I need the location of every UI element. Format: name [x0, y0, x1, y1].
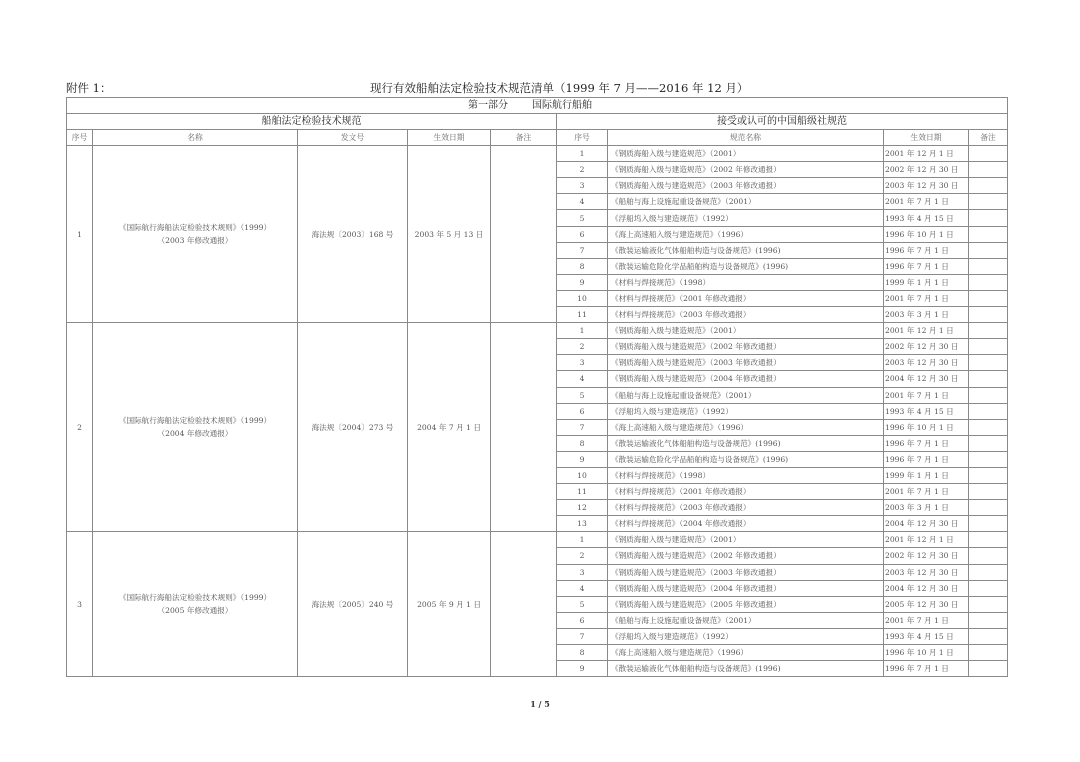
rule-name: 《材料与焊接规范》（2001 年修改通报）: [608, 484, 884, 500]
part-number: 第一部分: [468, 100, 508, 111]
regulation-name: 《国际航行海船法定检验技术规则》（1999）（2005 年修改通报）: [93, 532, 298, 677]
rule-no: 10: [557, 467, 608, 483]
page-header: 附件 1： 现行有效船舶法定检验技术规范清单（1999 年 7 月——2016 …: [66, 80, 1007, 97]
rule-name: 《钢质海船入级与建造规范》（2002 年修改通报）: [608, 548, 884, 564]
rule-remark: [969, 290, 1008, 306]
rule-name: 《钢质海船入级与建造规范》（2003 年修改通报）: [608, 564, 884, 580]
rule-effective-date: 1996 年 7 月 1 日: [884, 258, 969, 274]
col-header-rule-name: 规范名称: [608, 130, 884, 146]
document-title: 现行有效船舶法定检验技术规范清单（1999 年 7 月——2016 年 12 月…: [370, 80, 748, 96]
rule-name: 《散装运输危险化学品船舶构造与设备规范》(1996): [608, 258, 884, 274]
regulation-effective-date: 2004 年 7 月 1 日: [408, 323, 491, 532]
regulation-doc-no: 海法规〔2004〕273 号: [298, 323, 408, 532]
rule-no: 8: [557, 645, 608, 661]
rule-no: 12: [557, 500, 608, 516]
part-name: 国际航行船舶: [532, 100, 592, 111]
page-indicator: 1 / 5: [0, 699, 1080, 709]
rule-no: 7: [557, 242, 608, 258]
rule-effective-date: 1996 年 7 月 1 日: [884, 661, 969, 677]
rule-effective-date: 2001 年 12 月 1 日: [884, 532, 969, 548]
regulation-title: 《国际航行海船法定检验技术规则》（1999）: [93, 221, 297, 234]
rule-effective-date: 2001 年 7 月 1 日: [884, 484, 969, 500]
regulation-amendment: （2003 年修改通报）: [93, 234, 297, 247]
regulation-effective-date: 2003 年 5 月 13 日: [408, 146, 491, 323]
regulation-name: 《国际航行海船法定检验技术规则》（1999）（2003 年修改通报）: [93, 146, 298, 323]
rule-name: 《材料与焊接规范》（2004 年修改通报）: [608, 516, 884, 532]
rule-no: 5: [557, 210, 608, 226]
col-header-no: 序号: [67, 130, 93, 146]
rule-name: 《船舶与海上设施起重设备规范》（2001）: [608, 194, 884, 210]
rule-no: 5: [557, 387, 608, 403]
rule-remark: [969, 580, 1008, 596]
rule-effective-date: 2003 年 12 月 30 日: [884, 355, 969, 371]
regulations-table: 第一部分国际航行船舶 船舶法定检验技术规范 接受或认可的中国船级社规范 序号 名…: [66, 97, 1008, 677]
rule-name: 《钢质海船入级与建造规范》（2004 年修改通报）: [608, 580, 884, 596]
col-header-remark: 备注: [491, 130, 557, 146]
regulation-remark: [491, 146, 557, 323]
rule-remark: [969, 467, 1008, 483]
rule-name: 《钢质海船入级与建造规范》（2001）: [608, 532, 884, 548]
regulation-name: 《国际航行海船法定检验技术规则》（1999）（2004 年修改通报）: [93, 323, 298, 532]
rule-no: 9: [557, 661, 608, 677]
rule-no: 9: [557, 451, 608, 467]
rule-remark: [969, 323, 1008, 339]
rule-effective-date: 2002 年 12 月 30 日: [884, 162, 969, 178]
regulation-doc-no: 海法规〔2005〕240 号: [298, 532, 408, 677]
rule-remark: [969, 242, 1008, 258]
rule-effective-date: 2005 年 12 月 30 日: [884, 596, 969, 612]
rule-remark: [969, 435, 1008, 451]
rule-effective-date: 2001 年 7 月 1 日: [884, 194, 969, 210]
rule-effective-date: 1993 年 4 月 15 日: [884, 628, 969, 644]
group-header-left: 船舶法定检验技术规范: [67, 114, 557, 130]
rule-effective-date: 2001 年 12 月 1 日: [884, 146, 969, 162]
rule-no: 7: [557, 419, 608, 435]
rule-no: 8: [557, 435, 608, 451]
rule-no: 4: [557, 371, 608, 387]
rule-effective-date: 2001 年 12 月 1 日: [884, 323, 969, 339]
rule-remark: [969, 419, 1008, 435]
rule-no: 4: [557, 580, 608, 596]
rule-name: 《浮船坞入级与建造规范》（1992）: [608, 210, 884, 226]
rule-name: 《钢质海船入级与建造规范》（2003 年修改通报）: [608, 178, 884, 194]
col-header-name: 名称: [93, 130, 298, 146]
rule-effective-date: 1993 年 4 月 15 日: [884, 403, 969, 419]
rule-remark: [969, 210, 1008, 226]
rule-effective-date: 1996 年 10 月 1 日: [884, 419, 969, 435]
rule-name: 《材料与焊接规范》（2003 年修改通报）: [608, 307, 884, 323]
rule-remark: [969, 628, 1008, 644]
rule-effective-date: 1993 年 4 月 15 日: [884, 210, 969, 226]
rule-no: 5: [557, 596, 608, 612]
regulation-amendment: （2005 年修改通报）: [93, 604, 297, 617]
rule-name: 《浮船坞入级与建造规范》（1992）: [608, 403, 884, 419]
rule-remark: [969, 451, 1008, 467]
regulation-no: 1: [67, 146, 93, 323]
rule-remark: [969, 661, 1008, 677]
rule-remark: [969, 596, 1008, 612]
rule-no: 7: [557, 628, 608, 644]
col-header-effective: 生效日期: [408, 130, 491, 146]
part-title: 第一部分国际航行船舶: [67, 98, 1008, 114]
column-header-row: 序号 名称 发文号 生效日期 备注 序号 规范名称 生效日期 备注: [67, 130, 1008, 146]
rule-name: 《散装运输液化气体船舶构造与设备规范》(1996): [608, 661, 884, 677]
rule-effective-date: 1996 年 10 月 1 日: [884, 226, 969, 242]
rule-remark: [969, 500, 1008, 516]
regulation-no: 3: [67, 532, 93, 677]
rule-name: 《材料与焊接规范》（2003 年修改通报）: [608, 500, 884, 516]
rule-remark: [969, 162, 1008, 178]
rule-no: 6: [557, 226, 608, 242]
rule-name: 《材料与焊接规范》（1998）: [608, 467, 884, 483]
rule-effective-date: 2002 年 12 月 30 日: [884, 339, 969, 355]
group-header-right: 接受或认可的中国船级社规范: [557, 114, 1008, 130]
rule-remark: [969, 339, 1008, 355]
regulation-amendment: （2004 年修改通报）: [93, 427, 297, 440]
rule-no: 3: [557, 564, 608, 580]
attachment-label: 附件 1：: [66, 80, 111, 96]
group-header-row: 船舶法定检验技术规范 接受或认可的中国船级社规范: [67, 114, 1008, 130]
rule-remark: [969, 532, 1008, 548]
regulation-no: 2: [67, 323, 93, 532]
rule-name: 《散装运输液化气体船舶构造与设备规范》(1996): [608, 242, 884, 258]
rule-no: 11: [557, 307, 608, 323]
rule-remark: [969, 307, 1008, 323]
rule-effective-date: 2003 年 12 月 30 日: [884, 564, 969, 580]
table-row: 2《国际航行海船法定检验技术规则》（1999）（2004 年修改通报）海法规〔2…: [67, 323, 1008, 339]
rule-name: 《海上高速船入级与建造规范》（1996）: [608, 645, 884, 661]
rule-effective-date: 2003 年 3 月 1 日: [884, 500, 969, 516]
rule-name: 《散装运输危险化学品船舶构造与设备规范》(1996): [608, 451, 884, 467]
rule-remark: [969, 516, 1008, 532]
rule-effective-date: 2004 年 12 月 30 日: [884, 580, 969, 596]
rule-effective-date: 1999 年 1 月 1 日: [884, 467, 969, 483]
rule-remark: [969, 548, 1008, 564]
rule-effective-date: 1996 年 10 月 1 日: [884, 645, 969, 661]
rule-remark: [969, 258, 1008, 274]
rule-name: 《船舶与海上设施起重设备规范》（2001）: [608, 612, 884, 628]
rule-no: 8: [557, 258, 608, 274]
rule-name: 《材料与焊接规范》（2001 年修改通报）: [608, 290, 884, 306]
regulation-remark: [491, 323, 557, 532]
rule-name: 《钢质海船入级与建造规范》（2002 年修改通报）: [608, 162, 884, 178]
rule-effective-date: 1996 年 7 月 1 日: [884, 451, 969, 467]
rule-remark: [969, 355, 1008, 371]
rule-effective-date: 2001 年 7 月 1 日: [884, 612, 969, 628]
rule-remark: [969, 645, 1008, 661]
rule-no: 2: [557, 162, 608, 178]
rule-no: 13: [557, 516, 608, 532]
regulation-doc-no: 海法规〔2003〕168 号: [298, 146, 408, 323]
rule-name: 《钢质海船入级与建造规范》（2001）: [608, 323, 884, 339]
col-header-rule-effective: 生效日期: [884, 130, 969, 146]
rule-remark: [969, 146, 1008, 162]
rule-remark: [969, 484, 1008, 500]
rule-name: 《钢质海船入级与建造规范》（2001）: [608, 146, 884, 162]
rule-remark: [969, 371, 1008, 387]
rule-remark: [969, 564, 1008, 580]
rule-no: 6: [557, 612, 608, 628]
rule-name: 《浮船坞入级与建造规范》（1992）: [608, 628, 884, 644]
rule-name: 《海上高速船入级与建造规范》（1996）: [608, 226, 884, 242]
rule-name: 《钢质海船入级与建造规范》（2003 年修改通报）: [608, 355, 884, 371]
rule-remark: [969, 194, 1008, 210]
rule-name: 《船舶与海上设施起重设备规范》（2001）: [608, 387, 884, 403]
rule-effective-date: 2001 年 7 月 1 日: [884, 290, 969, 306]
rule-remark: [969, 274, 1008, 290]
regulation-remark: [491, 532, 557, 677]
rule-effective-date: 1996 年 7 月 1 日: [884, 242, 969, 258]
rule-name: 《钢质海船入级与建造规范》（2002 年修改通报）: [608, 339, 884, 355]
part-title-row: 第一部分国际航行船舶: [67, 98, 1008, 114]
col-header-doc-no: 发文号: [298, 130, 408, 146]
rule-effective-date: 2001 年 7 月 1 日: [884, 387, 969, 403]
rule-no: 2: [557, 339, 608, 355]
rule-no: 4: [557, 194, 608, 210]
rule-name: 《海上高速船入级与建造规范》（1996）: [608, 419, 884, 435]
rule-no: 1: [557, 532, 608, 548]
rule-no: 3: [557, 355, 608, 371]
rule-no: 9: [557, 274, 608, 290]
col-header-rule-no: 序号: [557, 130, 608, 146]
rule-remark: [969, 387, 1008, 403]
rule-no: 2: [557, 548, 608, 564]
rule-no: 6: [557, 403, 608, 419]
rule-effective-date: 2004 年 12 月 30 日: [884, 516, 969, 532]
rule-remark: [969, 178, 1008, 194]
regulation-title: 《国际航行海船法定检验技术规则》（1999）: [93, 414, 297, 427]
rule-no: 10: [557, 290, 608, 306]
rule-remark: [969, 612, 1008, 628]
rule-name: 《散装运输液化气体船舶构造与设备规范》(1996): [608, 435, 884, 451]
rule-name: 《材料与焊接规范》（1998）: [608, 274, 884, 290]
rule-no: 3: [557, 178, 608, 194]
rule-no: 1: [557, 323, 608, 339]
rule-effective-date: 1999 年 1 月 1 日: [884, 274, 969, 290]
regulation-effective-date: 2005 年 9 月 1 日: [408, 532, 491, 677]
rule-name: 《钢质海船入级与建造规范》（2004 年修改通报）: [608, 371, 884, 387]
rule-remark: [969, 226, 1008, 242]
rule-effective-date: 2003 年 12 月 30 日: [884, 178, 969, 194]
rule-effective-date: 1996 年 7 月 1 日: [884, 435, 969, 451]
rule-effective-date: 2002 年 12 月 30 日: [884, 548, 969, 564]
rule-effective-date: 2003 年 3 月 1 日: [884, 307, 969, 323]
rule-no: 11: [557, 484, 608, 500]
regulation-title: 《国际航行海船法定检验技术规则》（1999）: [93, 591, 297, 604]
table-row: 1《国际航行海船法定检验技术规则》（1999）（2003 年修改通报）海法规〔2…: [67, 146, 1008, 162]
table-row: 3《国际航行海船法定检验技术规则》（1999）（2005 年修改通报）海法规〔2…: [67, 532, 1008, 548]
rule-remark: [969, 403, 1008, 419]
rule-name: 《钢质海船入级与建造规范》（2005 年修改通报）: [608, 596, 884, 612]
col-header-rule-remark: 备注: [969, 130, 1008, 146]
rule-effective-date: 2004 年 12 月 30 日: [884, 371, 969, 387]
rule-no: 1: [557, 146, 608, 162]
